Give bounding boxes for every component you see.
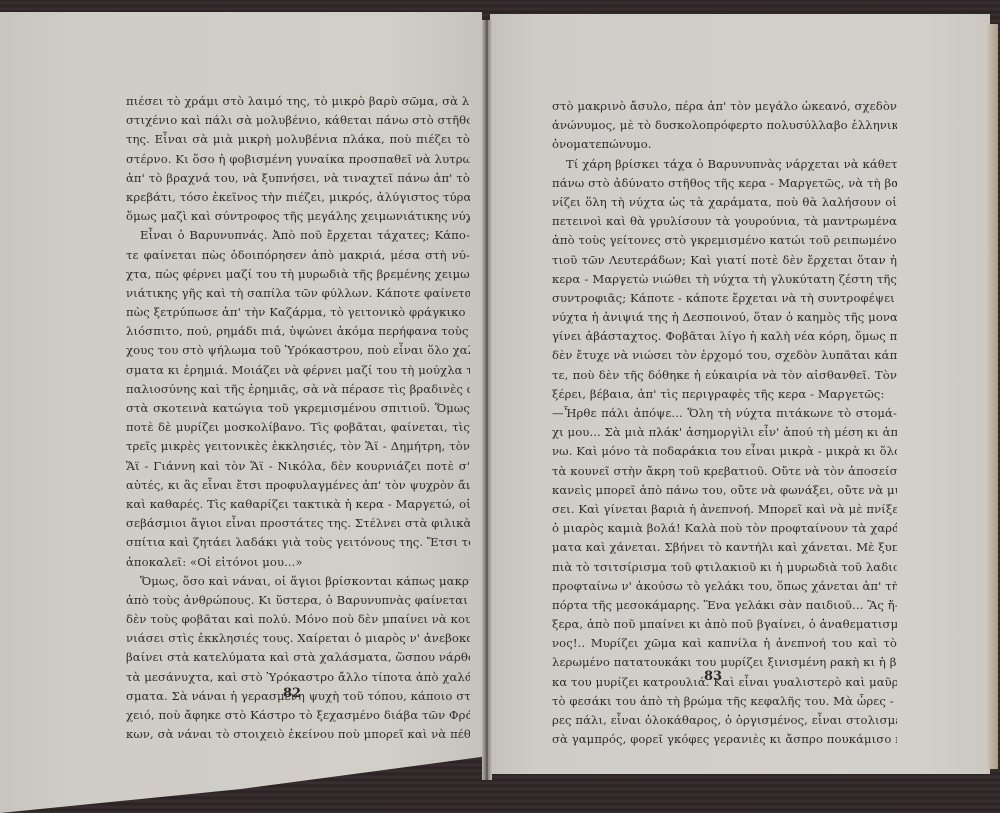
text-line: καὶ καθαρές. Τὶς καθαρίζει τακτικὰ ἡ κερ… xyxy=(126,495,470,514)
text-line: γίνει ἀβάσταχτος. Φοβᾶται λίγο ἡ καλὴ νέ… xyxy=(552,327,897,346)
text-line: σει. Καὶ γίνεται βαριὰ ἡ ἀνεπνοή. Μπορεῖ… xyxy=(552,500,897,519)
text-line: ἀπὸ τοὺς γείτονες στὸ γκρεμισμένο κατώι … xyxy=(552,231,897,250)
text-line: κανεὶς μπορεῖ ἀπὸ πάνω του, οὔτε νὰ φωνά… xyxy=(552,481,897,500)
text-line: ὁ μιαρὸς καμιὰ βολά! Καλὰ ποὺ τὸν προφτα… xyxy=(552,519,897,538)
text-line: τρεῖς μικρὲς γειτονικὲς ἐκκλησιές, τὸν Ἅ… xyxy=(126,437,470,456)
text-line: προφταίνω ν' ἀκούσω τὸ γελάκι του, ὅπως … xyxy=(552,577,897,596)
text-line: αὐτές, κι ἂς εἶναι ἔτσι προφυλαγμένες ἀπ… xyxy=(126,476,470,495)
text-line: κα του μυρίζει κατρουλιά. Καὶ εἶναι γυαλ… xyxy=(552,673,897,692)
text-line: νιάτικης γῆς καὶ τὴ σαπίλα τῶν φύλλων. Κ… xyxy=(126,284,470,303)
text-line: τιοῦ τῶν Λευτεράδων; Καὶ γιατί ποτὲ δὲν … xyxy=(552,251,897,270)
text-line: κων, σὰ νάναι τὸ στοιχειὸ ἐκείνου ποὺ μπ… xyxy=(126,725,470,744)
text-line: ἀνώνυμος, μὲ τὸ δυσκολοπρόφερτο πολυσύλλ… xyxy=(552,116,897,135)
text-line: Ἅϊ - Γιάννη καὶ τὸν Ἅϊ - Νικόλα, δὲν κου… xyxy=(126,457,470,476)
text-line: ὀνοματεπώνυμο. xyxy=(552,135,897,154)
text-line: πὼς ξετρύπωσε ἀπ' τὴν Καζάρμα, τὸ γειτον… xyxy=(126,303,470,322)
text-line: ξερα, ἀπὸ ποῦ μπαίνει κι ἀπὸ ποῦ βγαίνει… xyxy=(552,615,897,634)
text-line: νω. Καὶ μόνο τὰ ποδαράκια του εἶναι μικρ… xyxy=(552,442,897,461)
text-line: στὸ μακρινὸ ἄσυλο, πέρα ἀπ' τὸν μεγάλο ὠ… xyxy=(552,97,897,116)
text-line: σματα κι ἐρημιά. Μοιάζει νὰ φέρνει μαζί … xyxy=(126,361,470,380)
text-line: τὰ μεσάνυχτα, καὶ στὸ Ὑρόκαστρο ἄλλο τίπ… xyxy=(126,668,470,687)
right-page-text: στὸ μακρινὸ ἄσυλο, πέρα ἀπ' τὸν μεγάλο ὠ… xyxy=(552,97,897,749)
text-line: νύχτα ἡ ἀνιψιά της ἡ Δεσποινού, ὅταν ὁ κ… xyxy=(552,308,897,327)
text-line: δὲν ἔτυχε νὰ νιώσει τὸν ἐρχομό του, σχεδ… xyxy=(552,346,897,365)
text-line: λερωμένο πατατουκάκι του μυρίζει ξινισμέ… xyxy=(552,653,897,672)
text-line: τὸ φεσάκι του ἀπὸ τὴ βρώμα τῆς κεφαλῆς τ… xyxy=(552,692,897,711)
text-line: πάνω στὸ ἀδύνατο στῆθος τῆς κερα - Μαργε… xyxy=(552,174,897,193)
text-line: ρες πάλι, εἶναι ὁλοκάθαρος, ὁ ὀργισμένος… xyxy=(552,711,897,730)
text-line: κρεβάτι, τόσο ἐκεῖνος τὴν πιέζει, μικρός… xyxy=(126,188,470,207)
text-line: κερα - Μαργετὼ νιώθει τὴ νύχτα τὴ γλυκύτ… xyxy=(552,270,897,289)
text-line: ξέρει, βέβαια, ἀπ' τὶς περιγραφὲς τῆς κε… xyxy=(552,385,897,404)
text-line: βαίνει στὰ κατελύματα καὶ στὰ χαλάσματα,… xyxy=(126,648,470,667)
text-line: στιχένιο καὶ πάλι σὰ μολυβένιο, κάθεται … xyxy=(126,111,470,130)
text-line: χειό, ποὺ ἄφηκε στὸ Κάστρο τὸ ξεχασμένο … xyxy=(126,706,470,725)
text-line: Τί χάρη βρίσκει τάχα ὁ Βαρυνυπνὰς νάρχετ… xyxy=(552,155,897,174)
text-line: ἀπ' τὸ βραχνά του, νὰ ξυπνήσει, νὰ τιναχ… xyxy=(126,169,470,188)
left-page-text: πιέσει τὸ χράμι στὸ λαιμό της, τὸ μικρὸ … xyxy=(126,92,470,744)
text-line: Εἶναι ὁ Βαρυνυπνάς. Ἀπὸ ποῦ ἔρχεται τάχα… xyxy=(126,226,470,245)
text-line: σπίτια καὶ ζητάει λαδάκι γιὰ τοὺς γειτόν… xyxy=(126,533,470,552)
text-line: νιάσει στὶς ἐκκλησιές τους. Χαίρεται ὁ μ… xyxy=(126,629,470,648)
text-line: Ὅμως, ὅσο καὶ νάναι, οἱ ἅγιοι βρίσκονται… xyxy=(126,572,470,591)
text-line: χους του στὸ ψήλωμα τοῦ Ὑρόκαστρου, ποὺ … xyxy=(126,341,470,360)
text-line: συντροφιᾶς; Κάποτε - κάποτε ἔρχεται νὰ τ… xyxy=(552,289,897,308)
text-line: ποτὲ δὲ μυρίζει μοσκολίβανο. Τὶς φοβᾶται… xyxy=(126,418,470,437)
text-line: ἀπὸ τοὺς ἀνθρώπους. Κι ὕστερα, ὁ Βαρυνυπ… xyxy=(126,591,470,610)
text-line: πιὰ τὸ τσιτσίρισμα τοῦ φτιλακιοῦ κι ἡ μυ… xyxy=(552,558,897,577)
text-line: ἀποκαλεῖ: «Οἱ εἰτόνοι μου...» xyxy=(126,553,470,572)
text-line: σὰ γαμπρός, φορεῖ γκόφες γερανιὲς κι ἄσπ… xyxy=(552,730,897,749)
text-line: τε, ποὺ δὲν τῆς δόθηκε ἡ εὐκαιρία νὰ τὸν… xyxy=(552,366,897,385)
text-line: πετεινοὶ καὶ θὰ γρυλίσουν τὰ γουρούνια, … xyxy=(552,212,897,231)
text-line: στέρνο. Κι ὅσο ἡ φοβισμένη γυναίκα προσπ… xyxy=(126,150,470,169)
text-line: —Ἦρθε πάλι ἀπόψε... Ὅλη τὴ νύχτα πιτάκων… xyxy=(552,404,897,423)
text-line: τὰ κουνεῖ στὴν ἄκρη τοῦ κρεβατιοῦ. Οὔτε … xyxy=(552,462,897,481)
text-line: ματα καὶ χάνεται. Σβήνει τὸ καντήλι καὶ … xyxy=(552,538,897,557)
text-line: ὅμως μαζὶ καὶ σύντροφος τῆς μεγάλης χειμ… xyxy=(126,207,470,226)
book-gutter xyxy=(482,20,492,780)
text-line: χι μου... Σὰ μιὰ πλάκ' ἀσημοργὶλι εἶν' ἀ… xyxy=(552,423,897,442)
page-number-right: 83 xyxy=(704,669,722,684)
text-line: στὰ σκοτεινὰ κατώγια τοῦ γκρεμισμένου σπ… xyxy=(126,399,470,418)
text-line: δὲν τοὺς φοβᾶται καὶ πολύ. Μόνο ποὺ δὲν … xyxy=(126,610,470,629)
text-line: τε φαίνεται πὼς ὁδοιπόρησεν ἀπὸ μακριά, … xyxy=(126,246,470,265)
text-line: χτα, πὼς φέρνει μαζί του τὴ μυρωδιὰ τῆς … xyxy=(126,265,470,284)
text-line: νίζει ὅλη τὴ νύχτα ὡς τὰ χαράματα, ποὺ θ… xyxy=(552,193,897,212)
text-line: νος!.. Μυρίζει χῶμα καὶ καπνίλα ἡ ἀνεπνο… xyxy=(552,634,897,653)
text-line: παλιοσύνης καὶ τῆς ἐρημιᾶς, σὰ νὰ πέρασε… xyxy=(126,380,470,399)
text-line: σεβάσμιοι ἅγιοι εἶναι προστάτες της. Στέ… xyxy=(126,514,470,533)
text-line: λιόσπιτο, πού, ρημάδι πιά, ὑψώνει ἀκόμα … xyxy=(126,322,470,341)
page-stack-edge xyxy=(988,24,998,769)
page-number-left: 82 xyxy=(283,686,301,701)
text-line: της. Εἶναι σὰ μιὰ μικρὴ μολυβένια πλάκα,… xyxy=(126,130,470,149)
text-line: πόρτα τῆς μεσοκάμαρης. Ἕνα γελάκι σὰν πα… xyxy=(552,596,897,615)
text-line: πιέσει τὸ χράμι στὸ λαιμό της, τὸ μικρὸ … xyxy=(126,92,470,111)
